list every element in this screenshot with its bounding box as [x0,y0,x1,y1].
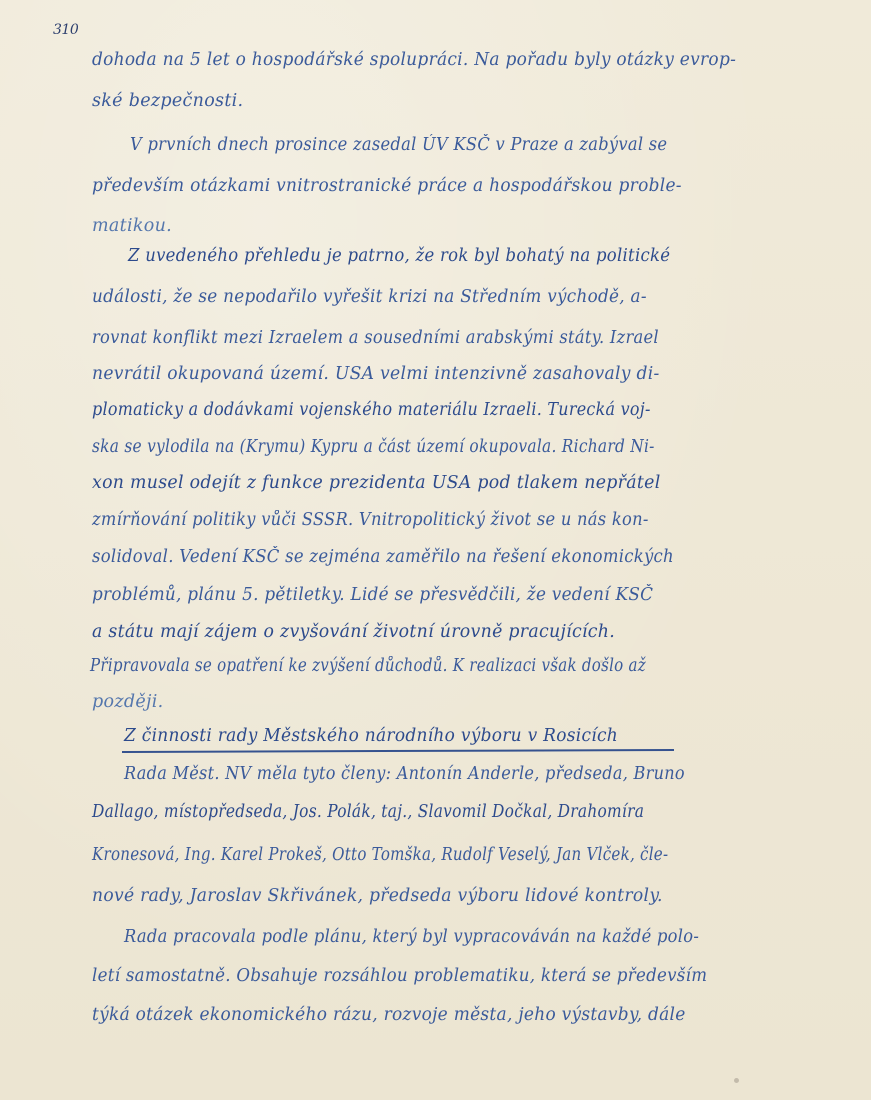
text-line: a státu mají zájem o zvyšování životní ú… [92,622,615,642]
text-line: xon musel odejít z funkce prezidenta USA… [92,473,661,493]
text-line: V prvních dnech prosince zasedal ÚV KSČ … [130,135,667,155]
text-line: ska se vylodila na (Krymu) Kypru a část … [92,437,655,457]
text-line: dohoda na 5 let o hospodářské spolupráci… [92,50,736,70]
text-line: rovnat konflikt mezi Izraelem a sousední… [92,328,659,348]
text-line: Rada pracovala podle plánu, který byl vy… [124,927,699,947]
text-line: nevrátil okupovaná území. USA velmi inte… [92,364,660,384]
text-line: Z uvedeného přehledu je patrno, že rok b… [128,246,670,266]
paper-speck [600,660,603,663]
paper-speck [734,1078,739,1083]
text-line: ské bezpečnosti. [92,91,243,111]
page-number: 310 [53,22,78,38]
text-line: Připravovala se opatření ke zvýšení důch… [90,656,646,676]
text-line: nové rady, Jaroslav Skřivánek, předseda … [92,886,663,906]
text-line: týká otázek ekonomického rázu, rozvoje m… [92,1005,686,1025]
text-line: letí samostatně. Obsahuje rozsáhlou prob… [92,966,707,986]
text-line: problémů, plánu 5. pětiletky. Lidé se př… [92,585,653,605]
text-line: později. [92,692,164,712]
text-line: události, že se nepodařilo vyřešit krizi… [92,287,647,307]
text-line: Rada Měst. NV měla tyto členy: Antonín A… [124,764,685,784]
heading-underline [122,749,674,752]
text-line: solidoval. Vedení KSČ se zejména zaměřil… [92,547,674,567]
text-line: Kronesová, Ing. Karel Prokeš, Otto Tomšk… [92,845,668,865]
chronicle-page: 310 dohoda na 5 let o hospodářské spolup… [0,0,871,1100]
text-line: plomaticky a dodávkami vojenského materi… [92,400,651,420]
text-line: matikou. [92,216,172,236]
text-line: zmírňování politiky vůči SSSR. Vnitropol… [92,510,649,530]
text-line: Dallago, místopředseda, Jos. Polák, taj.… [92,802,644,822]
section-heading: Z činnosti rady Městského národního výbo… [124,726,618,746]
text-line: především otázkami vnitrostranické práce… [92,176,682,196]
